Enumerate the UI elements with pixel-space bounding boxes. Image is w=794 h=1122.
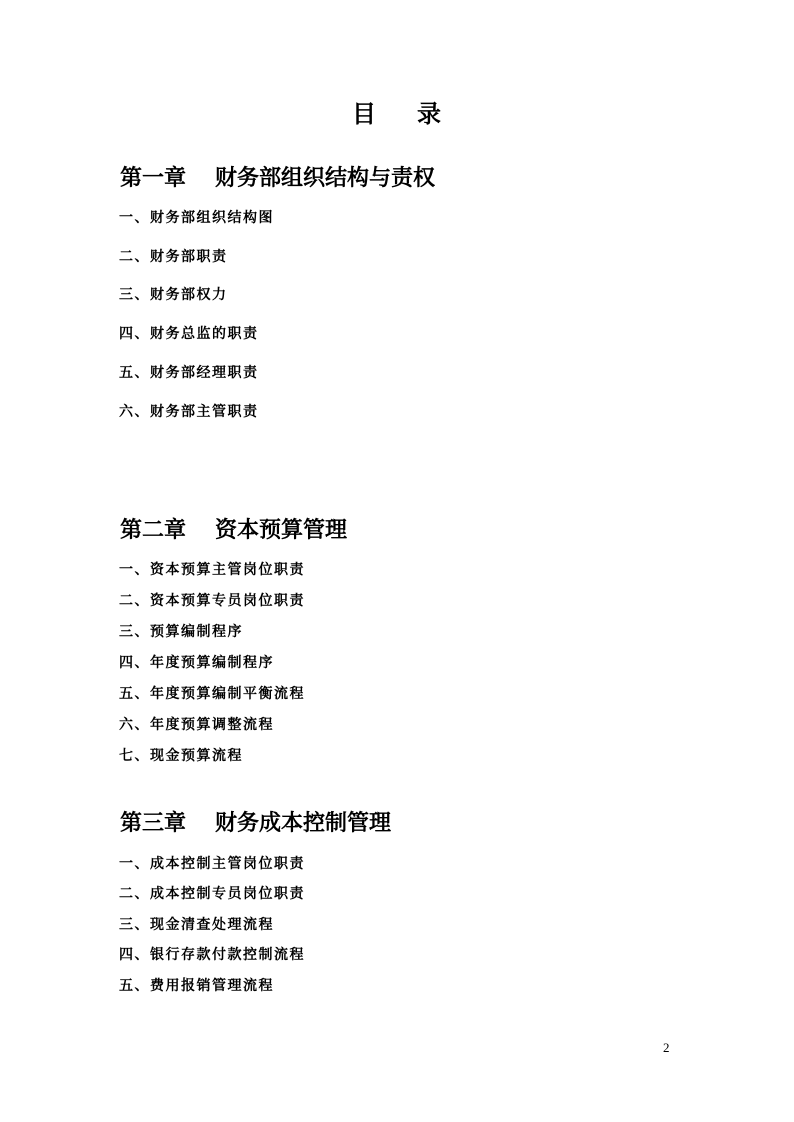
toc-item: 一、成本控制主管岗位职责 (119, 855, 305, 871)
chapter-number: 第二章 (120, 517, 186, 542)
toc-item: 五、年度预算编制平衡流程 (119, 685, 305, 701)
page-number: 2 (663, 1040, 670, 1055)
chapter-1-heading: 第一章 财务部组织结构与责权 (120, 165, 435, 190)
toc-item: 四、年度预算编制程序 (119, 654, 274, 670)
toc-item: 三、财务部权力 (119, 286, 228, 302)
chapter-2-heading: 第二章 资本预算管理 (120, 517, 347, 542)
chapter-title: 资本预算管理 (215, 517, 347, 542)
toc-item: 五、费用报销管理流程 (119, 977, 274, 993)
document-title-char: 目 (352, 101, 377, 129)
chapter-number: 第三章 (120, 810, 186, 835)
document-page: 目 录 第一章 财务部组织结构与责权 一、财务部组织结构图 二、财务部职责 三、… (0, 0, 794, 1122)
toc-item: 四、财务总监的职责 (119, 325, 259, 341)
toc-item: 三、预算编制程序 (119, 623, 243, 639)
toc-item: 二、财务部职责 (119, 248, 228, 264)
toc-item: 一、财务部组织结构图 (119, 209, 274, 225)
chapter-3-heading: 第三章 财务成本控制管理 (120, 810, 391, 835)
chapter-title: 财务部组织结构与责权 (215, 165, 435, 190)
toc-item: 六、年度预算调整流程 (119, 716, 274, 732)
toc-item: 三、现金清查处理流程 (119, 916, 274, 932)
document-title: 目 录 (0, 101, 794, 129)
chapter-number: 第一章 (120, 165, 186, 190)
toc-item: 五、财务部经理职责 (119, 364, 259, 380)
toc-item: 二、资本预算专员岗位职责 (119, 592, 305, 608)
toc-item: 七、现金预算流程 (119, 747, 243, 763)
document-title-char: 录 (417, 101, 442, 129)
toc-item: 一、资本预算主管岗位职责 (119, 561, 305, 577)
toc-item: 六、财务部主管职责 (119, 403, 259, 419)
toc-item: 二、成本控制专员岗位职责 (119, 885, 305, 901)
toc-item: 四、银行存款付款控制流程 (119, 946, 305, 962)
chapter-title: 财务成本控制管理 (215, 810, 391, 835)
